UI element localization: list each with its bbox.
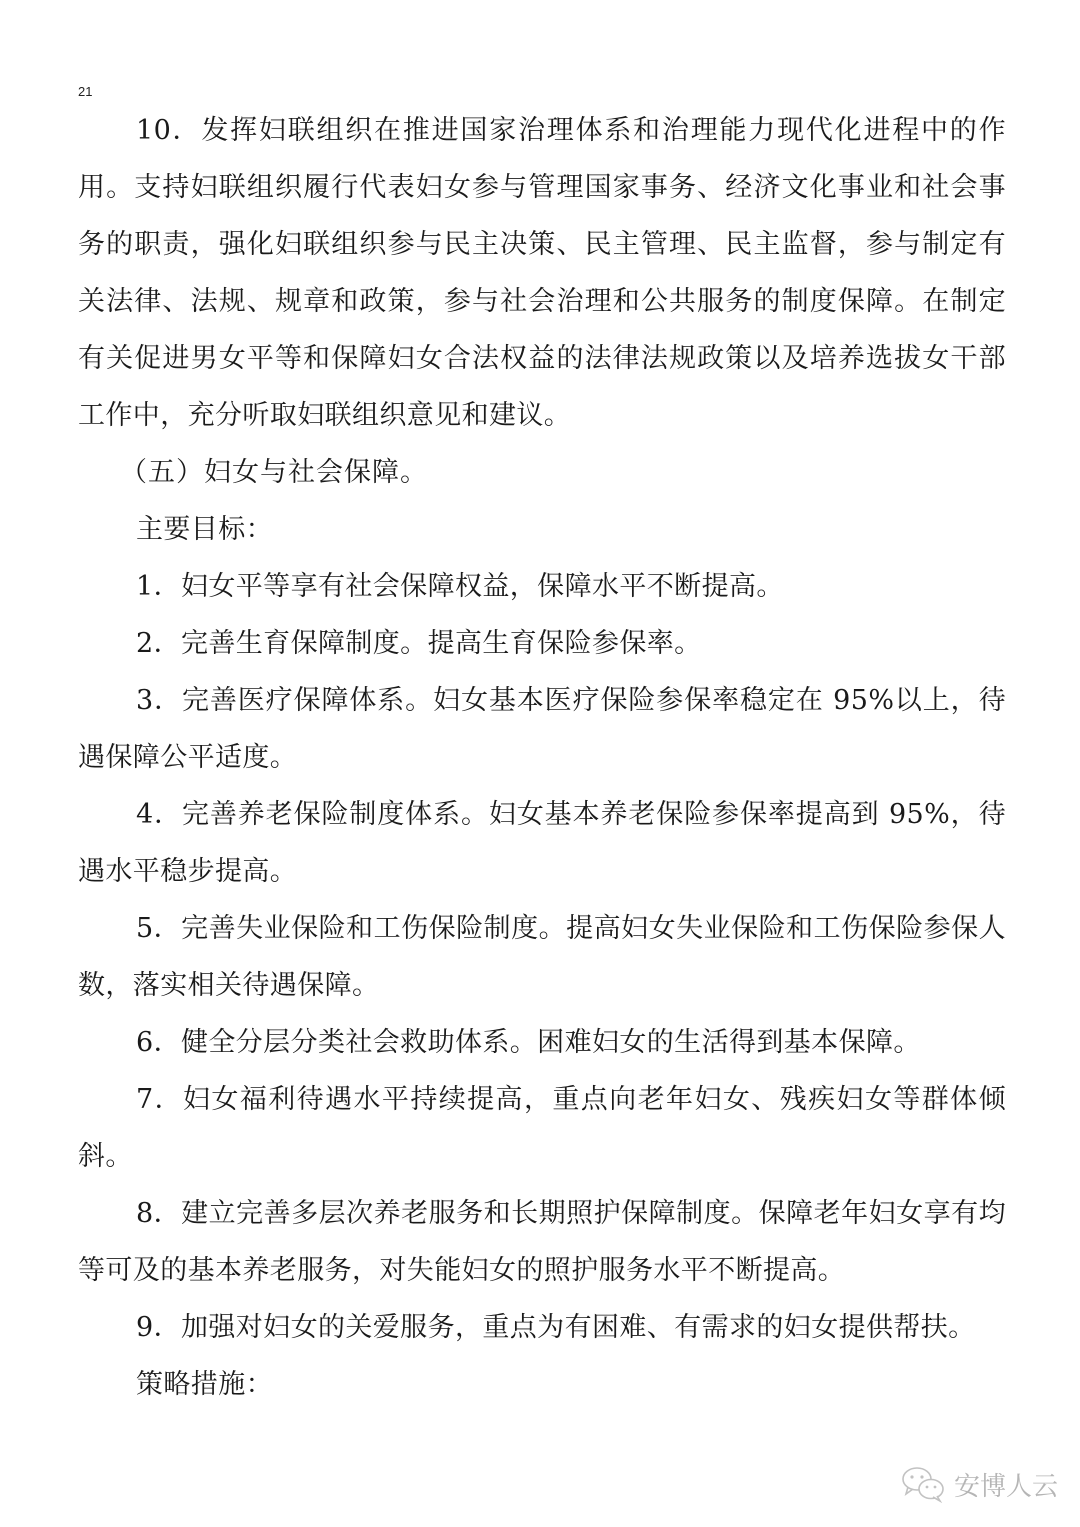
page-number: 21 xyxy=(78,84,92,99)
goal-item-7: 7．妇女福利待遇水平持续提高，重点向老年妇女、残疾妇女等群体倾斜。 xyxy=(78,1071,1006,1185)
goal-item-8: 8．建立完善多层次养老服务和长期照护保障制度。保障老年妇女享有均等可及的基本养老… xyxy=(78,1185,1006,1299)
paragraph-item-10-women-federation: 10．发挥妇联组织在推进国家治理体系和治理能力现代化进程中的作用。支持妇联组织履… xyxy=(78,102,1006,444)
goal-item-9: 9．加强对妇女的关爱服务，重点为有困难、有需求的妇女提供帮扶。 xyxy=(78,1299,1006,1356)
watermark-text: 安博人云 xyxy=(954,1466,1058,1503)
goal-item-3: 3．完善医疗保障体系。妇女基本医疗保险参保率稳定在 95%以上，待遇保障公平适度… xyxy=(78,672,1006,786)
watermark: 安博人云 xyxy=(900,1465,1058,1503)
wechat-icon xyxy=(900,1465,946,1503)
subheading-main-goals: 主要目标： xyxy=(78,501,1006,558)
subheading-strategies: 策略措施： xyxy=(78,1356,1006,1413)
goal-item-4: 4．完善养老保险制度体系。妇女基本养老保险参保率提高到 95%，待遇水平稳步提高… xyxy=(78,786,1006,900)
goal-item-2: 2．完善生育保障制度。提高生育保险参保率。 xyxy=(78,615,1006,672)
goal-item-6: 6．健全分层分类社会救助体系。困难妇女的生活得到基本保障。 xyxy=(78,1014,1006,1071)
goal-item-1: 1．妇女平等享有社会保障权益，保障水平不断提高。 xyxy=(78,558,1006,615)
document-body: 10．发挥妇联组织在推进国家治理体系和治理能力现代化进程中的作用。支持妇联组织履… xyxy=(78,102,1006,1413)
goal-item-5: 5．完善失业保险和工伤保险制度。提高妇女失业保险和工伤保险参保人数，落实相关待遇… xyxy=(78,900,1006,1014)
section-heading-women-social-security: （五）妇女与社会保障。 xyxy=(78,444,1006,501)
